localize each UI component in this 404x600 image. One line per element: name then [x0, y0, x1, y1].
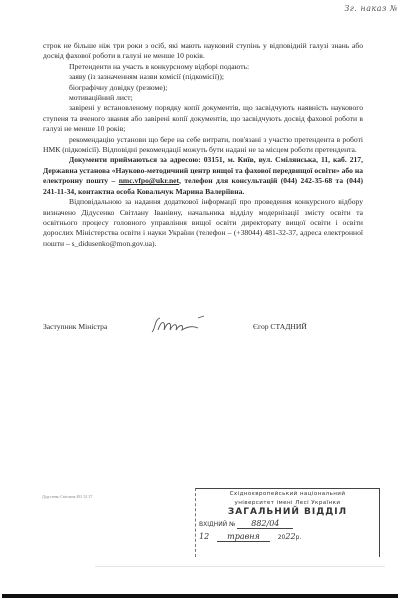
stamp-day: 12: [199, 532, 209, 541]
signatory-title: Заступник Міністра: [43, 322, 107, 331]
stamp-date-row: 12 травня 2022р.: [196, 532, 379, 541]
signatory-name: Єгор СТАДНИЙ: [253, 322, 307, 331]
list-item-recommendation: рекомендацію установи що бере на себе ви…: [43, 135, 363, 156]
paragraph-contacts: Документи приймаються за адресою: 03151,…: [43, 155, 363, 197]
paragraph-responsible-person: Відповідальною за надання додаткової інф…: [43, 197, 363, 249]
stamp-org-line-1: Східноєвропейський національний: [196, 491, 379, 498]
handwritten-note: Зг. наказ №: [344, 4, 398, 13]
handwritten-signature-icon: [148, 312, 228, 336]
contacts-email-link[interactable]: nmc.vfpo@ukr.net: [119, 176, 179, 185]
stamp-incoming-row: ВХІДНИЙ № 882/04: [196, 519, 379, 528]
stamp-month: травня: [217, 532, 270, 542]
paragraph-submission-intro: Претенденти на участь в конкурсному відб…: [43, 62, 363, 72]
registration-stamp: Східноєвропейський національний універси…: [195, 488, 380, 557]
executor-note: Дідусенко Світлана 481 32 37: [42, 494, 92, 499]
letter-body: строк не більше ніж три роки з осіб, які…: [43, 41, 363, 249]
paragraph-eligibility: строк не більше ніж три роки з осіб, які…: [43, 41, 363, 62]
list-item-motivation-letter: мотиваційний лист;: [43, 93, 363, 103]
scan-artifact-line: [95, 566, 385, 567]
stamp-incoming-number: 882/04: [237, 519, 293, 529]
stamp-year-unit: р.: [296, 534, 302, 541]
list-item-application: заяву (із зазначенням назви комісії (під…: [43, 72, 363, 82]
scan-edge-bar: [2, 594, 398, 598]
stamp-org-line-2: університет імені Лесі Українки: [196, 500, 379, 507]
stamp-department: ЗАГАЛЬНИЙ ВІДДІЛ: [196, 507, 379, 518]
stamp-year-suffix: 22: [285, 532, 295, 541]
signature-block: Заступник Міністра Єгор СТАДНИЙ: [43, 318, 363, 338]
stamp-incoming-label: ВХІДНИЙ №: [199, 521, 235, 528]
list-item-resume: біографічну довідку (резюме);: [43, 83, 363, 93]
list-item-certified-copies: завірені у встановленому порядку копії д…: [43, 103, 363, 134]
